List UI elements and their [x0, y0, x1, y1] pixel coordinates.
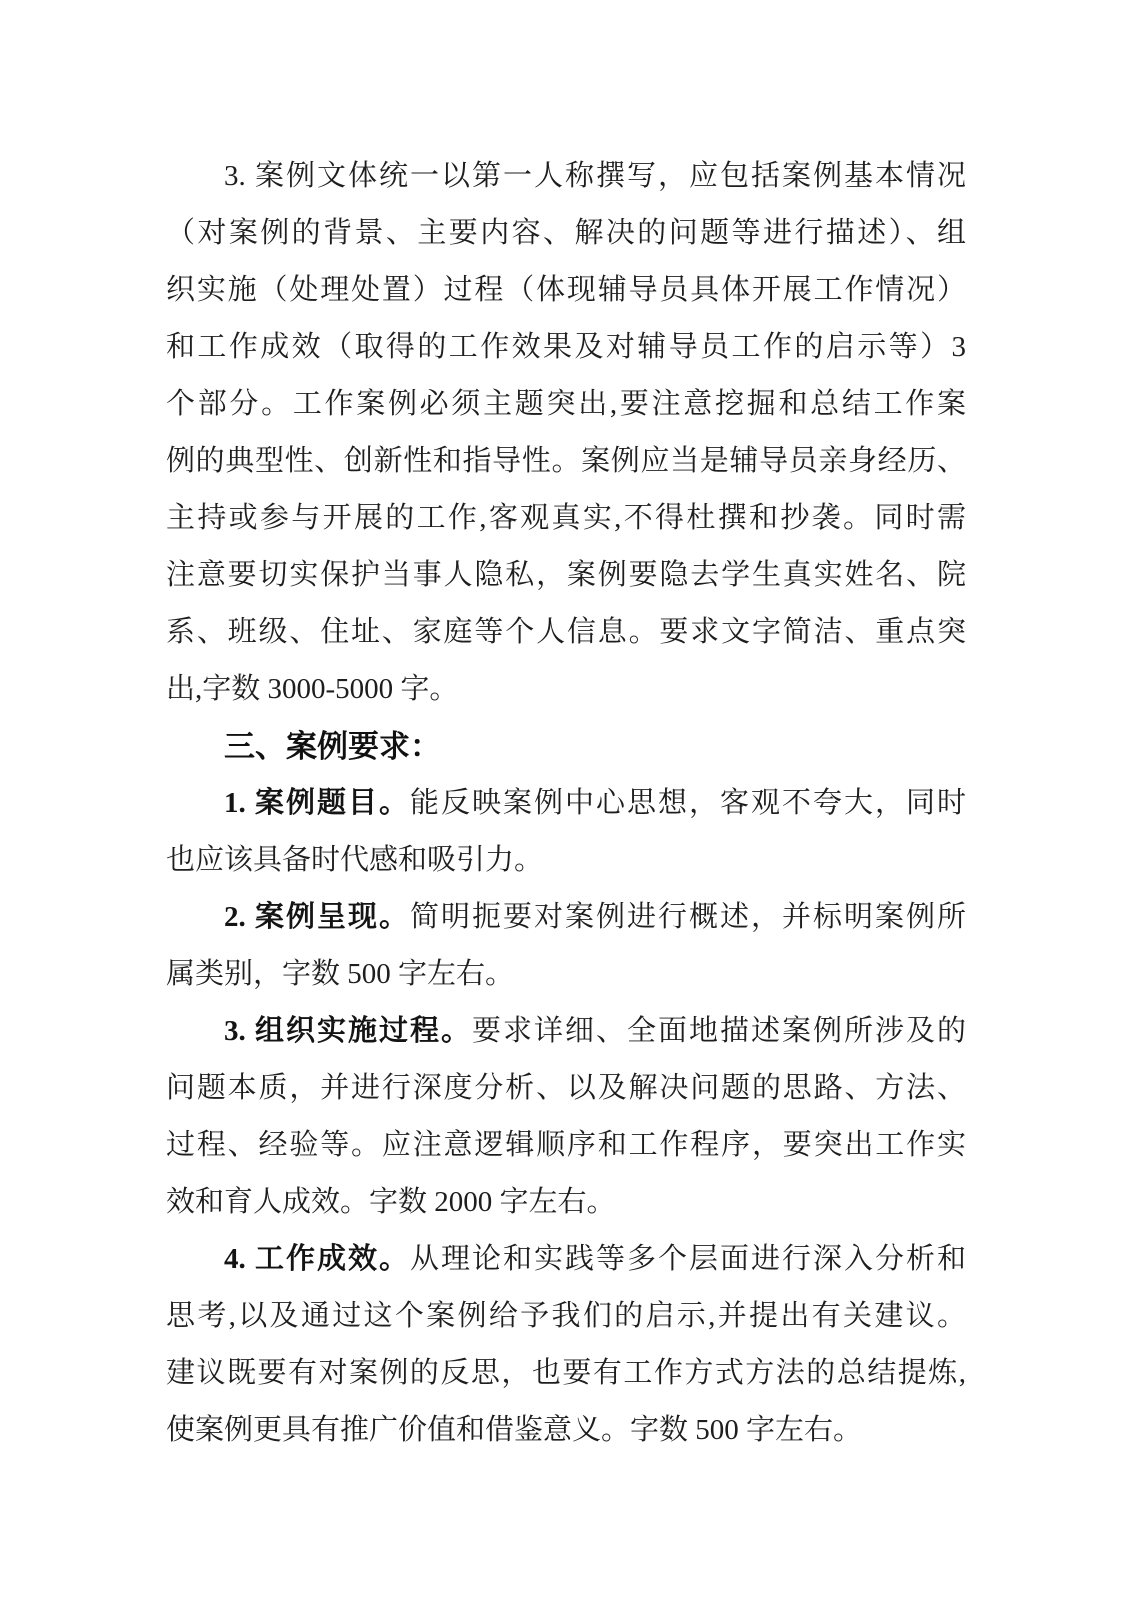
text-line: 4. 工作成效。从理论和实践等多个层面进行深入分析和: [166, 1231, 966, 1288]
text-line: 思考,以及通过这个案例给予我们的启示,并提出有关建议。: [166, 1288, 966, 1345]
text-line: 效和育人成效。字数 2000 字左右。: [166, 1174, 966, 1231]
item-lead: 2. 案例呈现。: [224, 901, 410, 933]
item-lead: 3. 组织实施过程。: [224, 1015, 472, 1047]
text-line: 注意要切实保护当事人隐私，案例要隐去学生真实姓名、院: [166, 547, 966, 604]
text-line: （对案例的背景、主要内容、解决的问题等进行描述）、组: [166, 205, 966, 262]
section-heading: 三、案例要求：: [166, 718, 966, 775]
text-line: 3. 案例文体统一以第一人称撰写，应包括案例基本情况: [166, 148, 966, 205]
text-line: 过程、经验等。应注意逻辑顺序和工作程序，要突出工作实: [166, 1117, 966, 1174]
text-line: 使案例更具有推广价值和借鉴意义。字数 500 字左右。: [166, 1402, 966, 1459]
item-lead: 4. 工作成效。: [224, 1243, 410, 1275]
text-line: 织实施（处理处置）过程（体现辅导员具体开展工作情况）: [166, 262, 966, 319]
text-line: 系、班级、住址、家庭等个人信息。要求文字简洁、重点突: [166, 604, 966, 661]
item-lead: 1. 案例题目。: [224, 787, 410, 819]
text-line: 1. 案例题目。能反映案例中心思想，客观不夸大，同时: [166, 775, 966, 832]
text-line: 问题本质，并进行深度分析、以及解决问题的思路、方法、: [166, 1060, 966, 1117]
text-line: 和工作成效（取得的工作效果及对辅导员工作的启示等）3: [166, 319, 966, 376]
document-page: 3. 案例文体统一以第一人称撰写，应包括案例基本情况（对案例的背景、主要内容、解…: [0, 0, 1131, 1600]
text-line: 建议既要有对案例的反思，也要有工作方式方法的总结提炼,: [166, 1345, 966, 1402]
text-line: 2. 案例呈现。简明扼要对案例进行概述，并标明案例所: [166, 889, 966, 946]
document-body: 3. 案例文体统一以第一人称撰写，应包括案例基本情况（对案例的背景、主要内容、解…: [166, 148, 966, 1459]
line-text: 要求详细、全面地描述案例所涉及的: [472, 1015, 966, 1047]
text-line: 也应该具备时代感和吸引力。: [166, 832, 966, 889]
line-text: 简明扼要对案例进行概述，并标明案例所: [410, 901, 966, 933]
text-line: 3. 组织实施过程。要求详细、全面地描述案例所涉及的: [166, 1003, 966, 1060]
text-line: 主持或参与开展的工作,客观真实,不得杜撰和抄袭。同时需: [166, 490, 966, 547]
line-text: 从理论和实践等多个层面进行深入分析和: [410, 1243, 966, 1275]
text-line: 属类别，字数 500 字左右。: [166, 946, 966, 1003]
text-line: 出,字数 3000-5000 字。: [166, 661, 966, 718]
line-text: 能反映案例中心思想，客观不夸大，同时: [410, 787, 966, 819]
text-line: 例的典型性、创新性和指导性。案例应当是辅导员亲身经历、: [166, 433, 966, 490]
text-line: 个部分。工作案例必须主题突出,要注意挖掘和总结工作案: [166, 376, 966, 433]
